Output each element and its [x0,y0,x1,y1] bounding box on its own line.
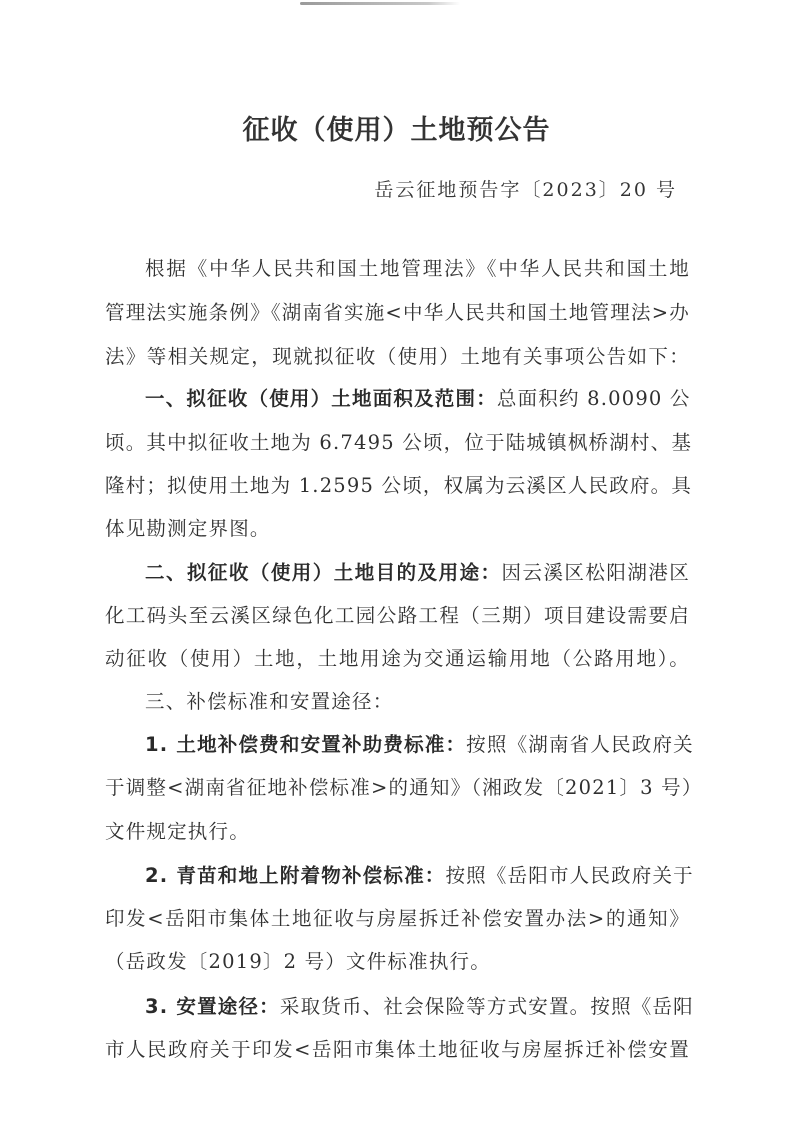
section1-line-4: 体见勘测定界图。 [105,513,690,541]
document-number: 岳云征地预告字〔2023〕20 号 [374,175,677,202]
section1-text: 总面积约 8.0090 公 [497,387,691,410]
section1-line-3: 隆村；拟使用土地为 1.2595 公顷，权属为云溪区人民政府。具 [105,470,690,498]
section3-item1-line-2: 于调整<湖南省征地补偿标准>的通知》（湘政发〔2021〕3 号） [105,772,690,800]
section2-heading: 二、拟征收（使用）土地目的及用途： [145,561,502,584]
section3-item3-text: 采取货币、社会保险等方式安置。按照《岳阳 [280,995,694,1018]
intro-line-1: 根据《中华人民共和国土地管理法》《中华人民共和国土地 [145,253,690,281]
section1-heading: 一、拟征收（使用）土地面积及范围： [145,387,497,410]
section1-line-2: 顷。其中拟征收土地为 6.7495 公顷，位于陆城镇枫桥湖村、基 [105,427,690,455]
section2-line-1: 二、拟征收（使用）土地目的及用途：因云溪区松阳湖港区 [145,557,690,585]
section2-line-2: 化工码头至云溪区绿色化工园公路工程（三期）项目建设需要启 [105,600,690,628]
section3-item1-line-1: 1. 土地补偿费和安置补助费标准：按照《湖南省人民政府关 [145,729,690,757]
section3-item2-line-2: 印发<岳阳市集体土地征收与房屋拆迁补偿安置办法>的通知》 [105,903,690,931]
section3-item3-line-1: 3. 安置途径：采取货币、社会保险等方式安置。按照《岳阳 [145,991,690,1019]
section3-heading: 三、补偿标准和安置途径： [145,686,690,714]
section3-item2-text: 按照《岳阳市人民政府关于 [445,864,693,887]
section3-item1-heading: 1. 土地补偿费和安置补助费标准： [145,733,466,756]
section2-line-3: 动征收（使用）土地，土地用途为交通运输用地（公路用地）。 [105,643,690,671]
section3-item1-text: 按照《湖南省人民政府关 [466,733,694,756]
section3-item3-line-2: 市人民政府关于印发<岳阳市集体土地征收与房屋拆迁补偿安置 [105,1034,690,1062]
intro-line-3: 法》等相关规定，现就拟征收（使用）土地有关事项公告如下： [105,341,690,369]
intro-line-2: 管理法实施条例》《湖南省实施<中华人民共和国土地管理法>办 [105,297,690,325]
section2-text: 因云溪区松阳湖港区 [502,561,690,584]
section3-item2-heading: 2. 青苗和地上附着物补偿标准： [145,864,445,887]
page-title: 征收（使用）土地预公告 [0,108,793,147]
section3-item1-line-3: 文件规定执行。 [105,816,690,844]
section1-line-1: 一、拟征收（使用）土地面积及范围：总面积约 8.0090 公 [145,383,690,411]
section3-item2-line-1: 2. 青苗和地上附着物补偿标准：按照《岳阳市人民政府关于 [145,860,690,888]
section3-item3-heading: 3. 安置途径： [145,995,280,1018]
scan-edge-artifact [300,2,460,5]
section3-item2-line-3: （岳政发〔2019〕2 号）文件标准执行。 [105,946,690,974]
